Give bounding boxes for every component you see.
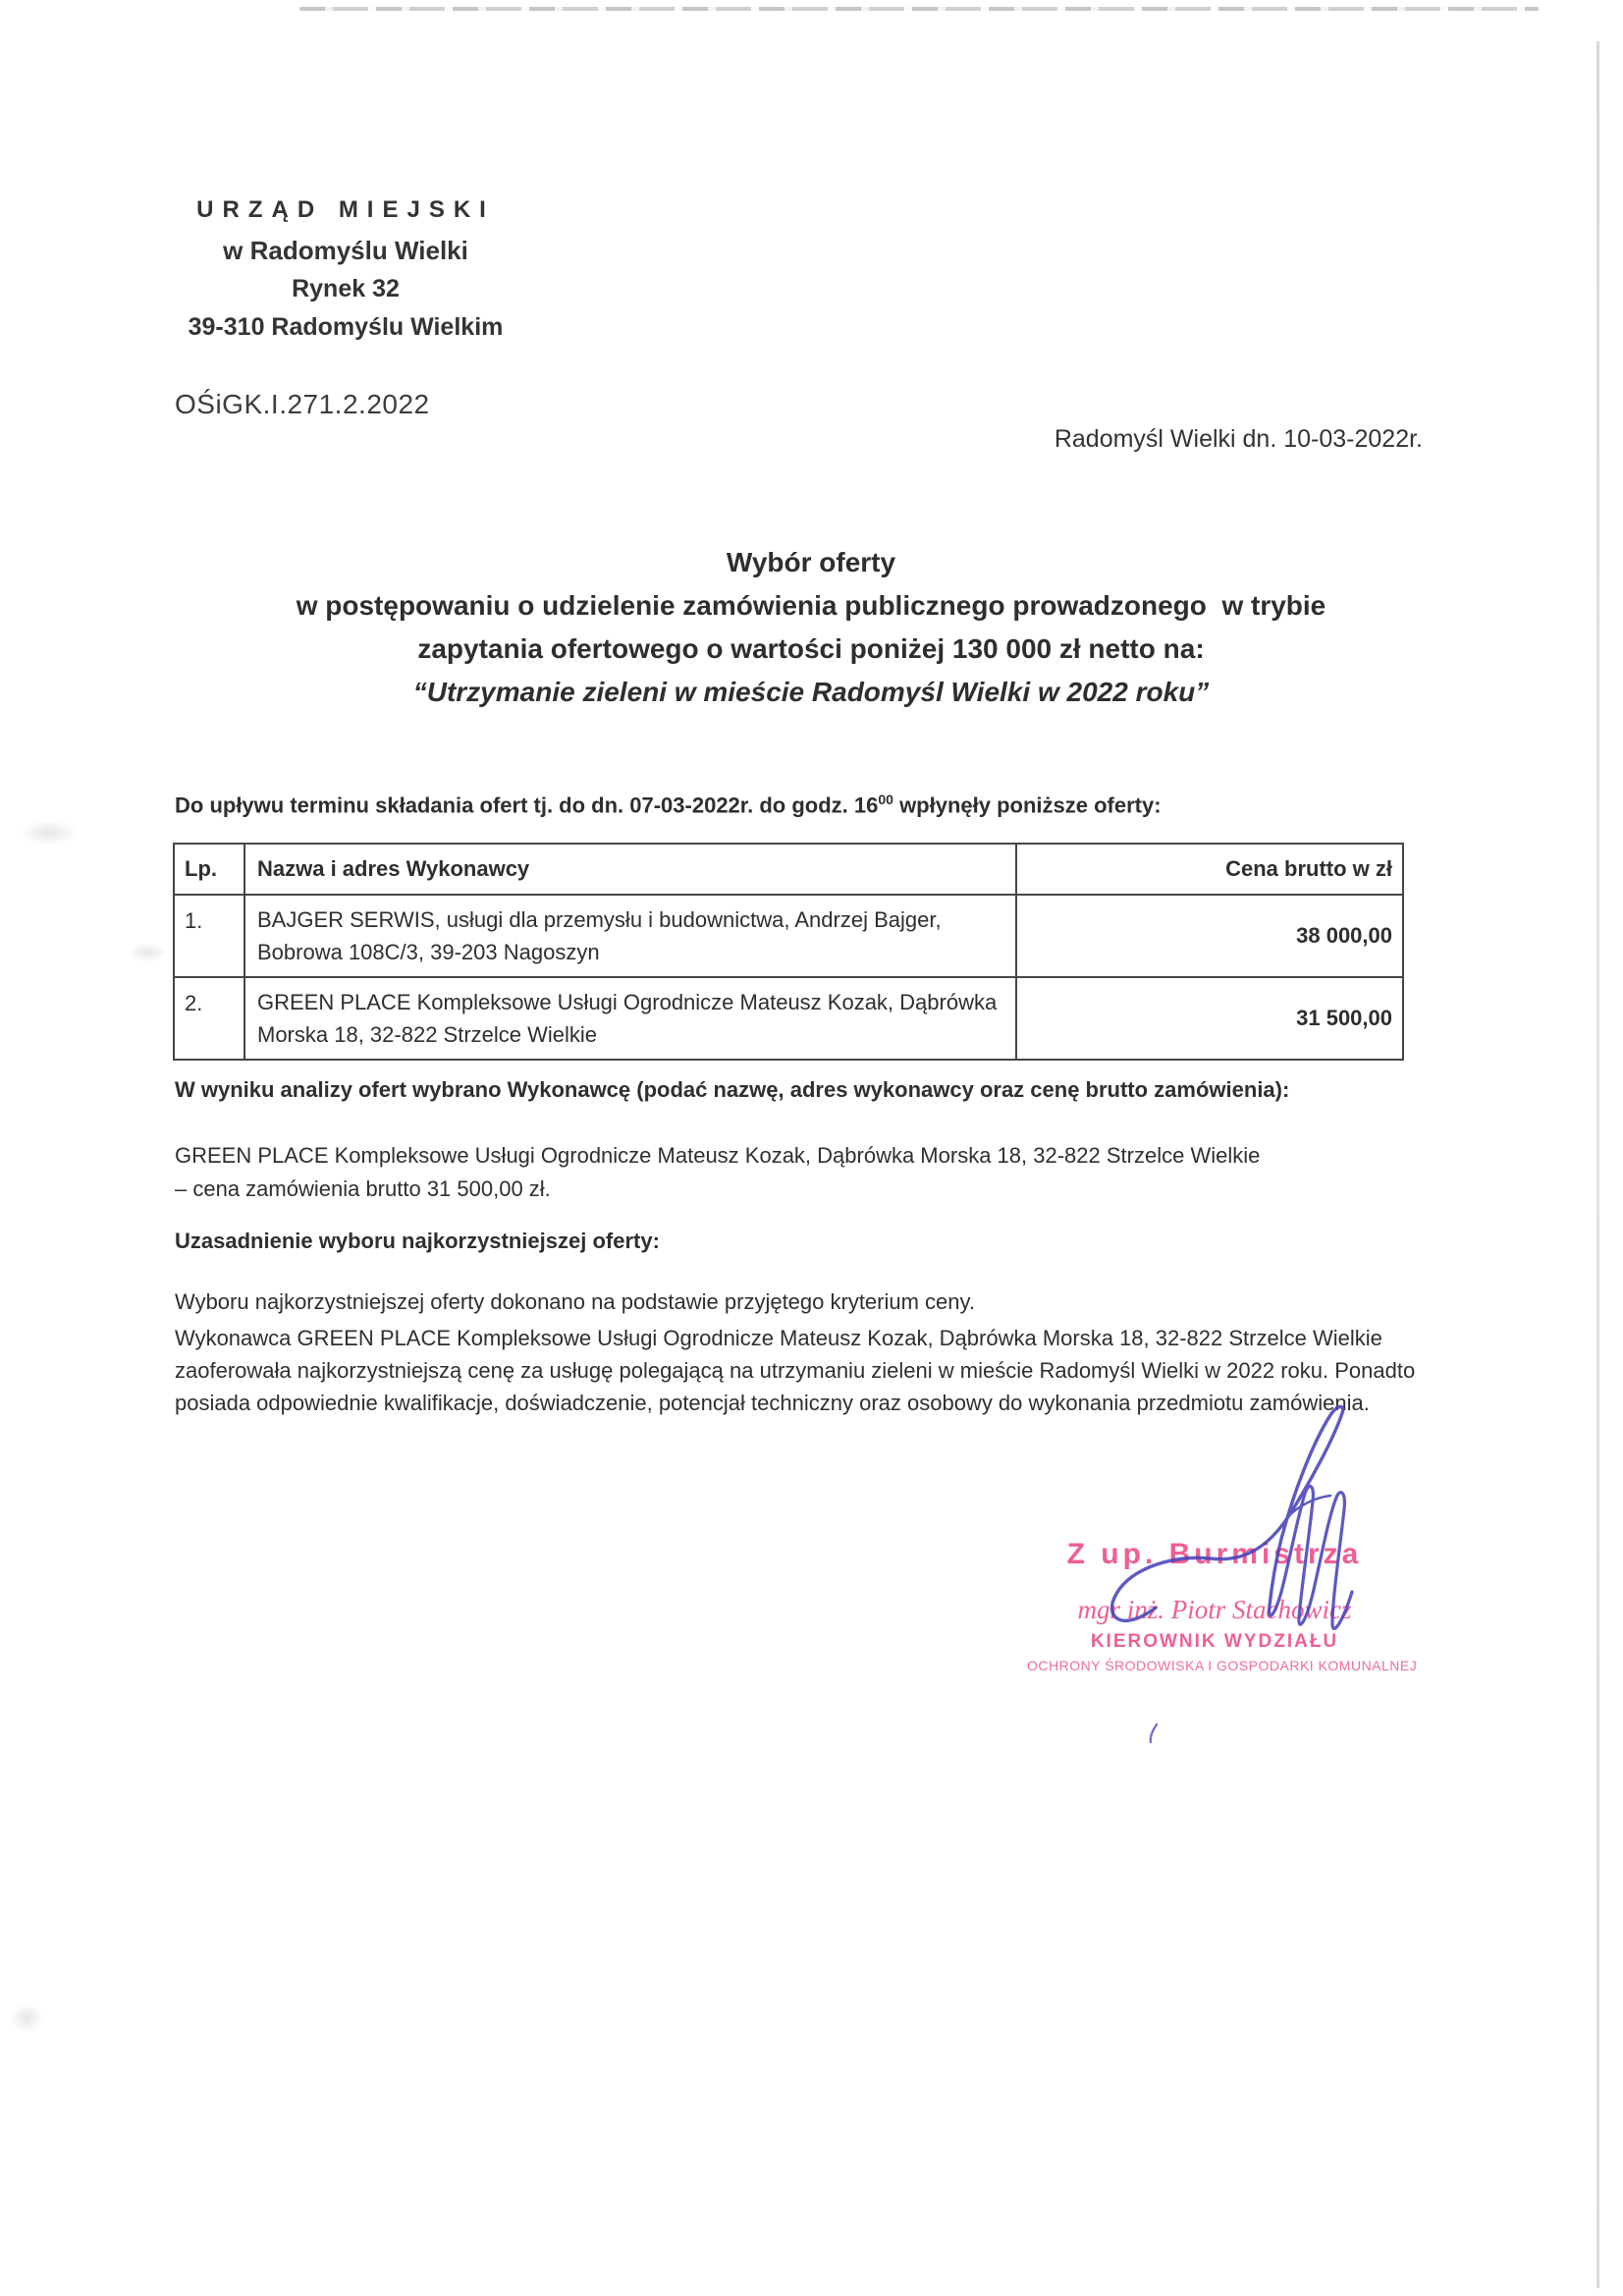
table-row: 2. GREEN PLACE Kompleksowe Usługi Ogrodn… — [174, 977, 1403, 1060]
title-line-3: zapytania ofertowego o wartości poniżej … — [94, 628, 1528, 671]
document-page: URZĄD MIEJSKI w Radomyślu Wielki Rynek 3… — [0, 0, 1623, 2296]
justification-heading: Uzasadnienie wyboru najkorzystniejszej o… — [175, 1229, 660, 1254]
intro-text-end: wpłynęły poniższe oferty: — [893, 793, 1162, 817]
scan-artifact-top-line — [299, 7, 1539, 11]
intro-superscript-hour: 00 — [878, 792, 893, 807]
offers-table: Lp. Nazwa i adres Wykonawcy Cena brutto … — [173, 843, 1404, 1061]
justification-criterion-line: Wyboru najkorzystniejszej oferty dokonan… — [175, 1289, 975, 1315]
contractor-name-address: GREEN PLACE Kompleksowe Usługi Ogrodnicz… — [244, 977, 1016, 1060]
sender-street: Rynek 32 — [139, 275, 552, 303]
scan-smudge — [128, 943, 167, 962]
signature-ink-mark — [1145, 1721, 1164, 1746]
table-header-price: Cena brutto w zł — [1016, 844, 1403, 895]
intro-text-start: Do upływu terminu składania ofert tj. do… — [175, 793, 878, 817]
document-title: Wybór oferty w postępowaniu o udzielenie… — [94, 541, 1528, 714]
table-header-lp: Lp. — [174, 844, 244, 895]
scan-smudge — [10, 2003, 43, 2033]
scan-artifact-right-line — [1596, 41, 1599, 2288]
scan-smudge — [20, 820, 79, 846]
title-line-4: “Utrzymanie zieleni w mieście Radomyśl W… — [94, 671, 1528, 714]
contractor-name-address: BAJGER SERWIS, usługi dla przemysłu i bu… — [244, 895, 1016, 977]
selected-contractor-line-2: – cena zamówienia brutto 31 500,00 zł. — [175, 1173, 1451, 1206]
sender-city: w Radomyślu Wielki — [139, 236, 552, 266]
table-header-name: Nazwa i adres Wykonawcy — [244, 844, 1016, 895]
row-number: 2. — [174, 977, 244, 1060]
sender-postal: 39-310 Radomyślu Wielkim — [139, 313, 552, 342]
table-header-row: Lp. Nazwa i adres Wykonawcy Cena brutto … — [174, 844, 1403, 895]
result-heading: W wyniku analizy ofert wybrano Wykonawcę… — [175, 1077, 1451, 1103]
selected-contractor-line-1: GREEN PLACE Kompleksowe Usługi Ogrodnicz… — [175, 1139, 1451, 1173]
reference-number: OŚiGK.I.271.2.2022 — [175, 389, 430, 420]
sender-block: URZĄD MIEJSKI w Radomyślu Wielki Rynek 3… — [139, 196, 552, 342]
gross-price: 31 500,00 — [1016, 977, 1403, 1060]
place-and-date: Radomyśl Wielki dn. 10-03-2022r. — [1055, 425, 1423, 454]
title-line-2: w postępowaniu o udzielenie zamówienia p… — [94, 584, 1528, 628]
handwritten-signature — [1095, 1399, 1399, 1665]
title-line-1: Wybór oferty — [94, 541, 1528, 584]
selected-contractor: GREEN PLACE Kompleksowe Usługi Ogrodnicz… — [175, 1139, 1451, 1206]
sender-office-name: URZĄD MIEJSKI — [139, 196, 552, 224]
row-number: 1. — [174, 895, 244, 977]
gross-price: 38 000,00 — [1016, 895, 1403, 977]
table-row: 1. BAJGER SERWIS, usługi dla przemysłu i… — [174, 895, 1403, 977]
offers-intro-line: Do upływu terminu składania ofert tj. do… — [175, 792, 1162, 818]
